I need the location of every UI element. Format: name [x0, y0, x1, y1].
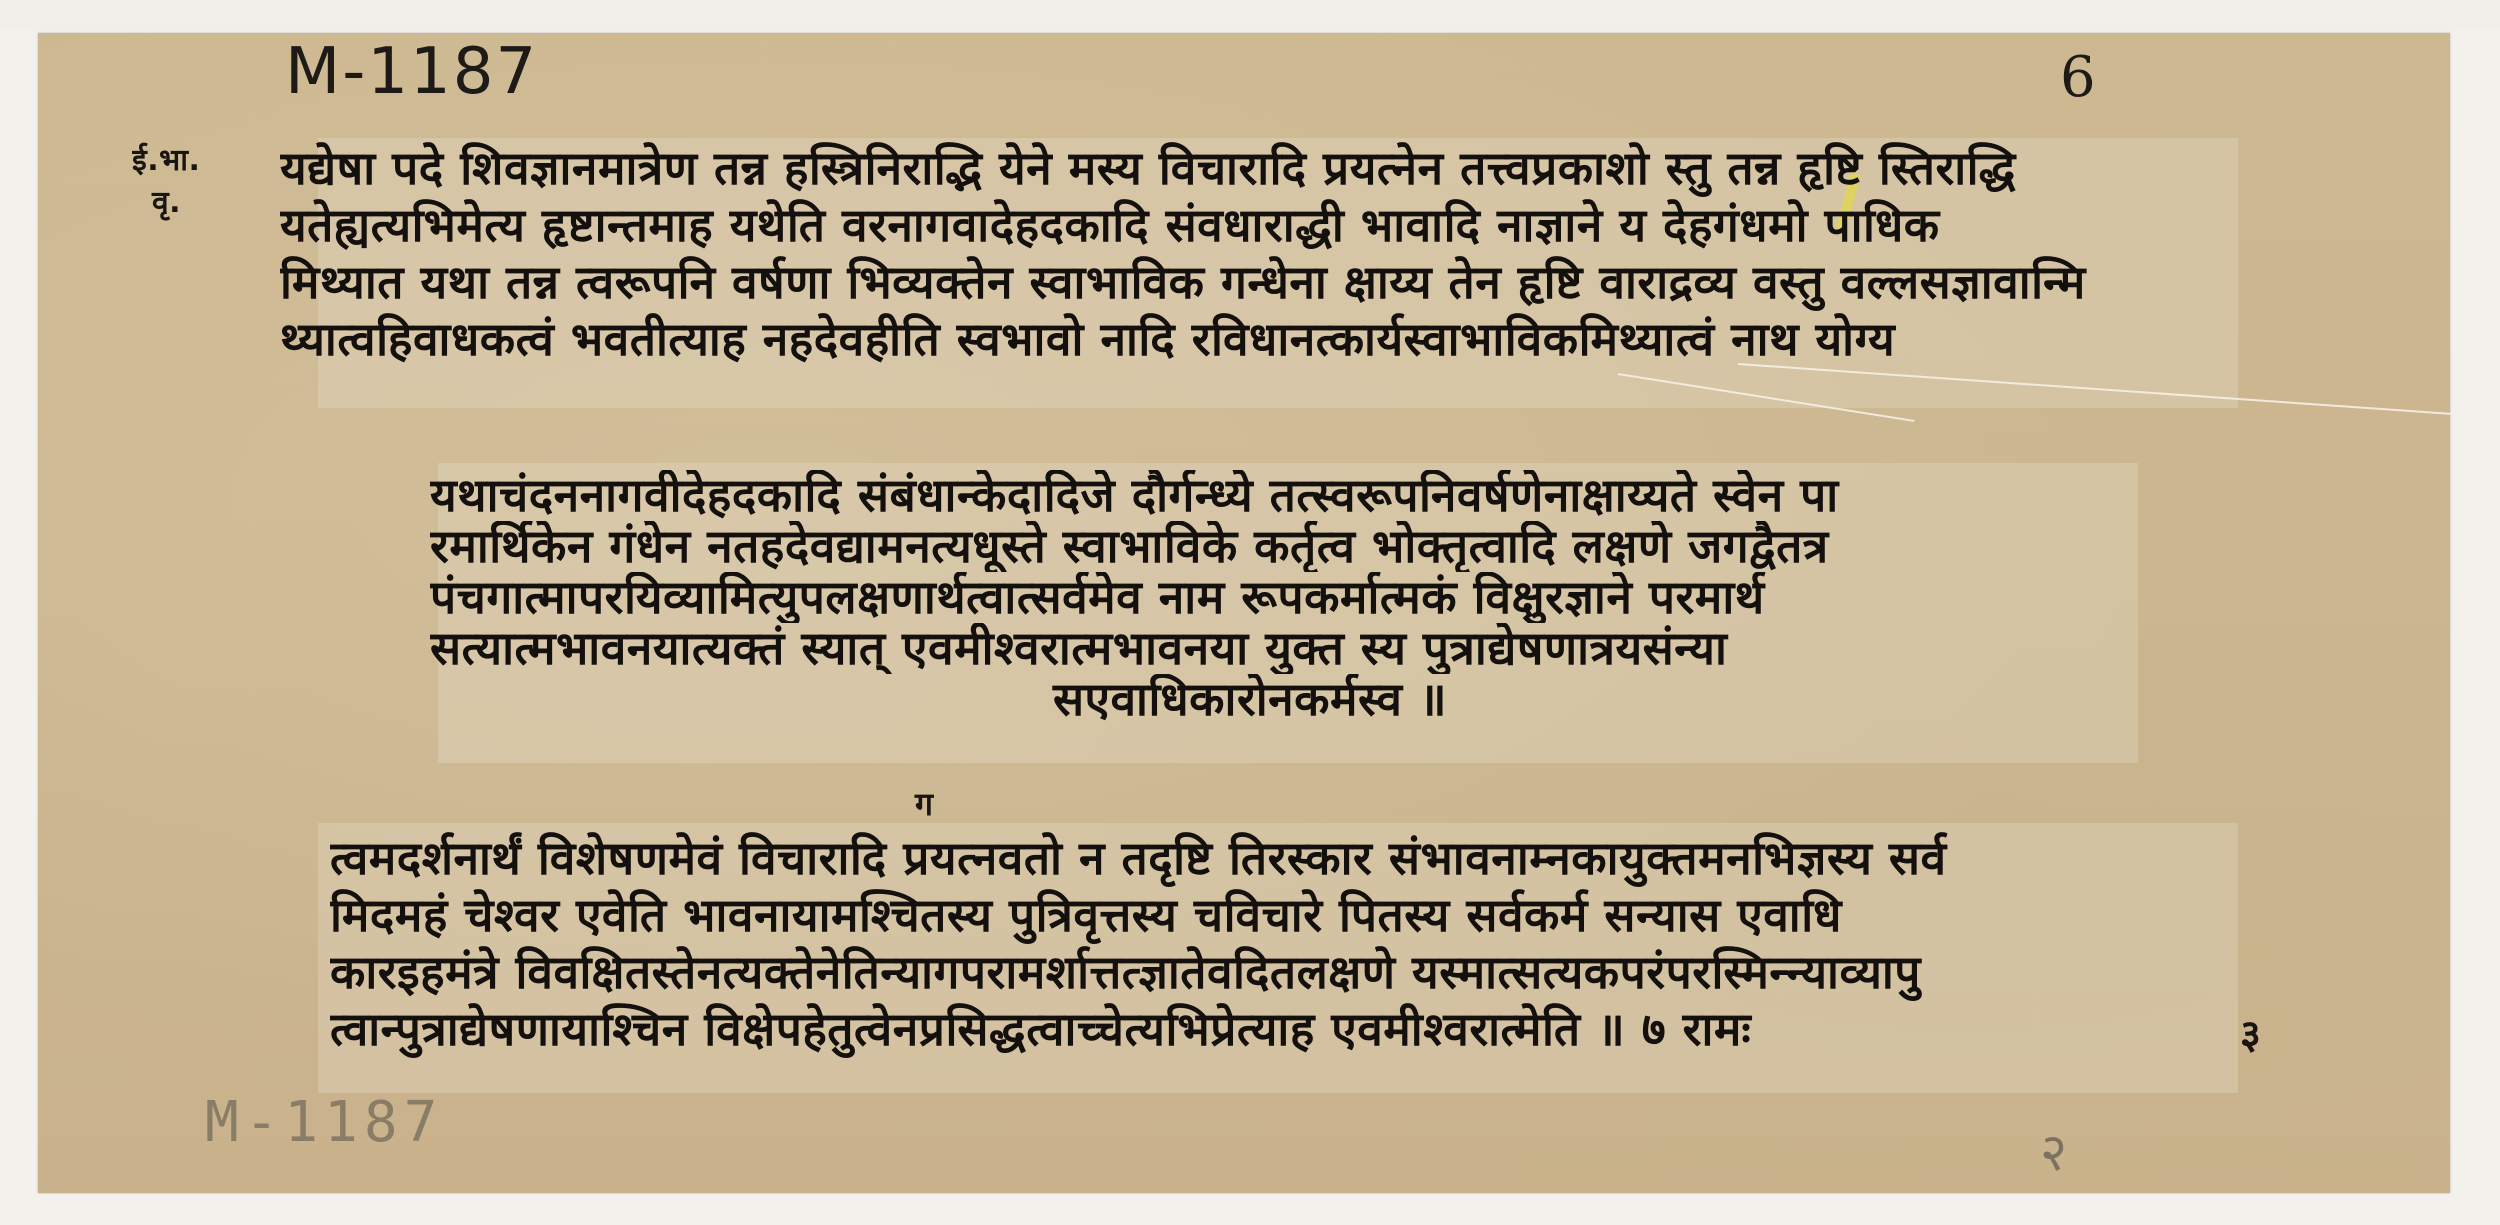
faded-shelfmark-stamp: M-1187	[205, 1090, 443, 1155]
text-line: सएवाधिकारोनकर्मस्व ॥	[430, 674, 2070, 725]
text-line: मिदमहं चेश्वर एवेति भावनायामश्चितस्य पुत…	[330, 887, 2190, 944]
faint-folio-number: २	[2040, 1115, 2067, 1186]
text-line: यतेह्यत्यभिमेत्य हृष्टान्तमाह यथेति वरना…	[280, 197, 2210, 254]
text-line: त्वान्पुत्राद्येषणायाश्चिन विक्षेपहेतुत्…	[330, 1001, 2190, 1058]
text-line: त्वमदर्शनार्थं विशेषणमेवं विचारादि प्रयत…	[330, 830, 2190, 887]
margin-note-line: वृ.	[132, 182, 242, 224]
lower-text-block: त्वमदर्शनार्थं विशेषणमेवं विचारादि प्रयत…	[330, 830, 2190, 1058]
margin-note-line: ई.भा.	[132, 140, 242, 182]
text-line: रमार्थिकेन गंधेन नतहदेवद्यामनत्यधूस्ते स…	[430, 521, 2070, 572]
text-line: मिथ्यात यथा तन्न त्वरूपनि वर्षणा भिव्यक्…	[280, 254, 2210, 311]
text-line: सत्यात्मभावनयात्यक्तं स्यात् एवमीश्वरात्…	[430, 623, 2070, 674]
left-margin-note: ई.भा. वृ.	[132, 140, 242, 224]
text-line: पंचगात्मापरयिव्यामित्युपलक्षणार्थत्वात्स…	[430, 572, 2070, 623]
shelfmark-label: M-1187	[285, 35, 538, 109]
text-line: कारइहमंत्रे विवक्षितस्तेनत्यक्तेनेतिन्या…	[330, 944, 2190, 1001]
scan-background	[0, 0, 2500, 30]
text-line: थ्यात्वहिवाधकत्वं भवतीत्याह नहदेवहीति स्…	[280, 311, 2210, 368]
page-number: 6	[2060, 45, 2096, 110]
interline-insertion-mark: ग	[915, 782, 933, 825]
right-margin-folio-number: ३	[2240, 1005, 2261, 1060]
text-line: यद्येषा पदे शिवज्ञानमात्रेण तन्न हस्त्रि…	[280, 140, 2210, 197]
text-line: यथाचंदननागवीदेहदकादि संबंधान्केदादिजे दौ…	[430, 470, 2070, 521]
middle-text-block: यथाचंदननागवीदेहदकादि संबंधान्केदादिजे दौ…	[430, 470, 2070, 725]
upper-text-block: यद्येषा पदे शिवज्ञानमात्रेण तन्न हस्त्रि…	[280, 140, 2210, 368]
